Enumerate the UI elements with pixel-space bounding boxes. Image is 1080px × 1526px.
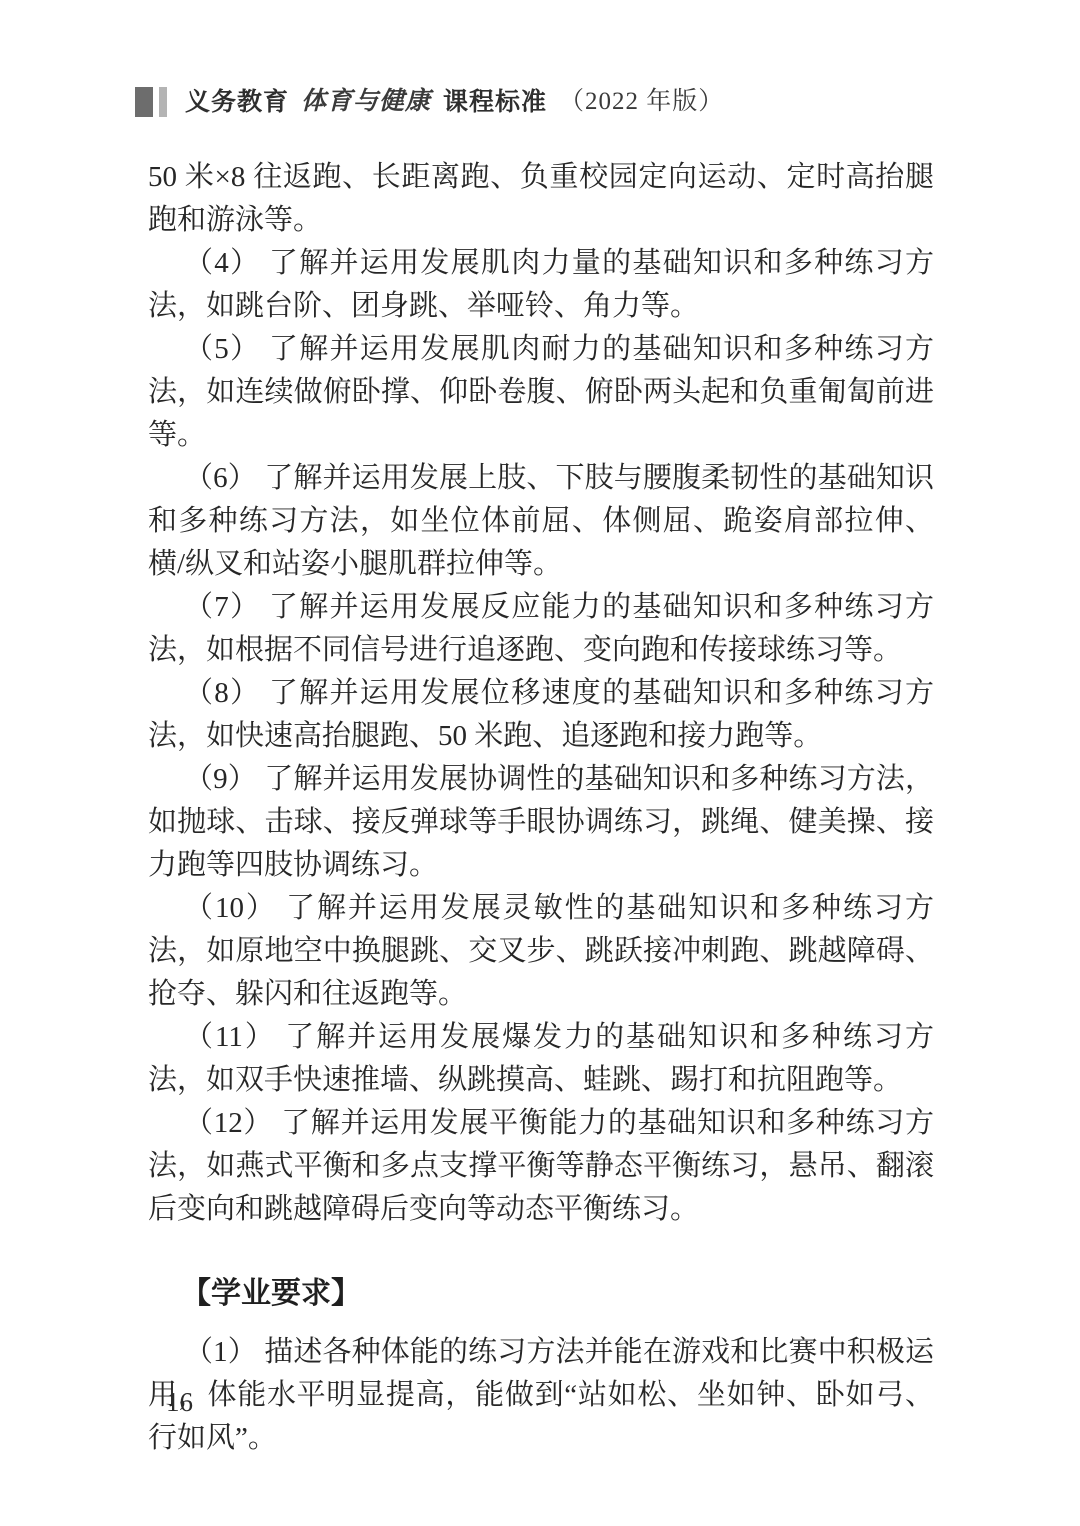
body-paragraph: （9） 了解并运用发展协调性的基础知识和多种练习方法，如抛球、击球、接反弹球等手… (148, 758, 934, 887)
header-title-standard: 课程标准 (443, 87, 547, 117)
body-paragraph: （6） 了解并运用发展上肢、下肢与腰腹柔韧性的基础知识和多种练习方法，如坐位体前… (148, 457, 934, 586)
body-paragraph: （4） 了解并运用发展肌肉力量的基础知识和多种练习方法，如跳台阶、团身跳、举哑铃… (148, 242, 934, 328)
body-paragraph: （10） 了解并运用发展灵敏性的基础知识和多种练习方法，如原地空中换腿跳、交叉步… (148, 887, 934, 1016)
header-title-edition: （2022 年版） (559, 87, 724, 117)
body-paragraph: （11） 了解并运用发展爆发力的基础知识和多种练习方法，如双手快速推墙、纵跳摸高… (148, 1016, 934, 1102)
header-title-series: 义务教育 (185, 87, 289, 117)
body-paragraph: （5） 了解并运用发展肌肉耐力的基础知识和多种练习方法，如连续做俯卧撑、仰卧卷腹… (148, 328, 934, 457)
body-paragraph: （8） 了解并运用发展位移速度的基础知识和多种练习方法，如快速高抬腿跑、50 米… (148, 672, 934, 758)
section-heading: 【学业要求】 (148, 1272, 934, 1315)
body-paragraph: （1） 描述各种体能的练习方法并能在游戏和比赛中积极运用，体能水平明显提高，能做… (148, 1331, 934, 1460)
page-number: 16 (166, 1387, 193, 1417)
body-paragraph: （12） 了解并运用发展平衡能力的基础知识和多种练习方法，如燕式平衡和多点支撑平… (148, 1102, 934, 1231)
body-paragraph: 50 米×8 往返跑、长距离跑、负重校园定向运动、定时高抬腿跑和游泳等。 (148, 156, 934, 242)
header-bar-dark-icon (135, 87, 153, 117)
running-header: 义务教育 体育与健康 课程标准 （2022 年版） (135, 87, 724, 117)
page-body: 50 米×8 往返跑、长距离跑、负重校园定向运动、定时高抬腿跑和游泳等。（4） … (148, 156, 934, 1460)
header-bar-light-icon (159, 87, 167, 117)
header-title-subject: 体育与健康 (301, 87, 431, 117)
document-page: 义务教育 体育与健康 课程标准 （2022 年版） 50 米×8 往返跑、长距离… (0, 0, 1080, 1526)
body-paragraph: （7） 了解并运用发展反应能力的基础知识和多种练习方法，如根据不同信号进行追逐跑… (148, 586, 934, 672)
